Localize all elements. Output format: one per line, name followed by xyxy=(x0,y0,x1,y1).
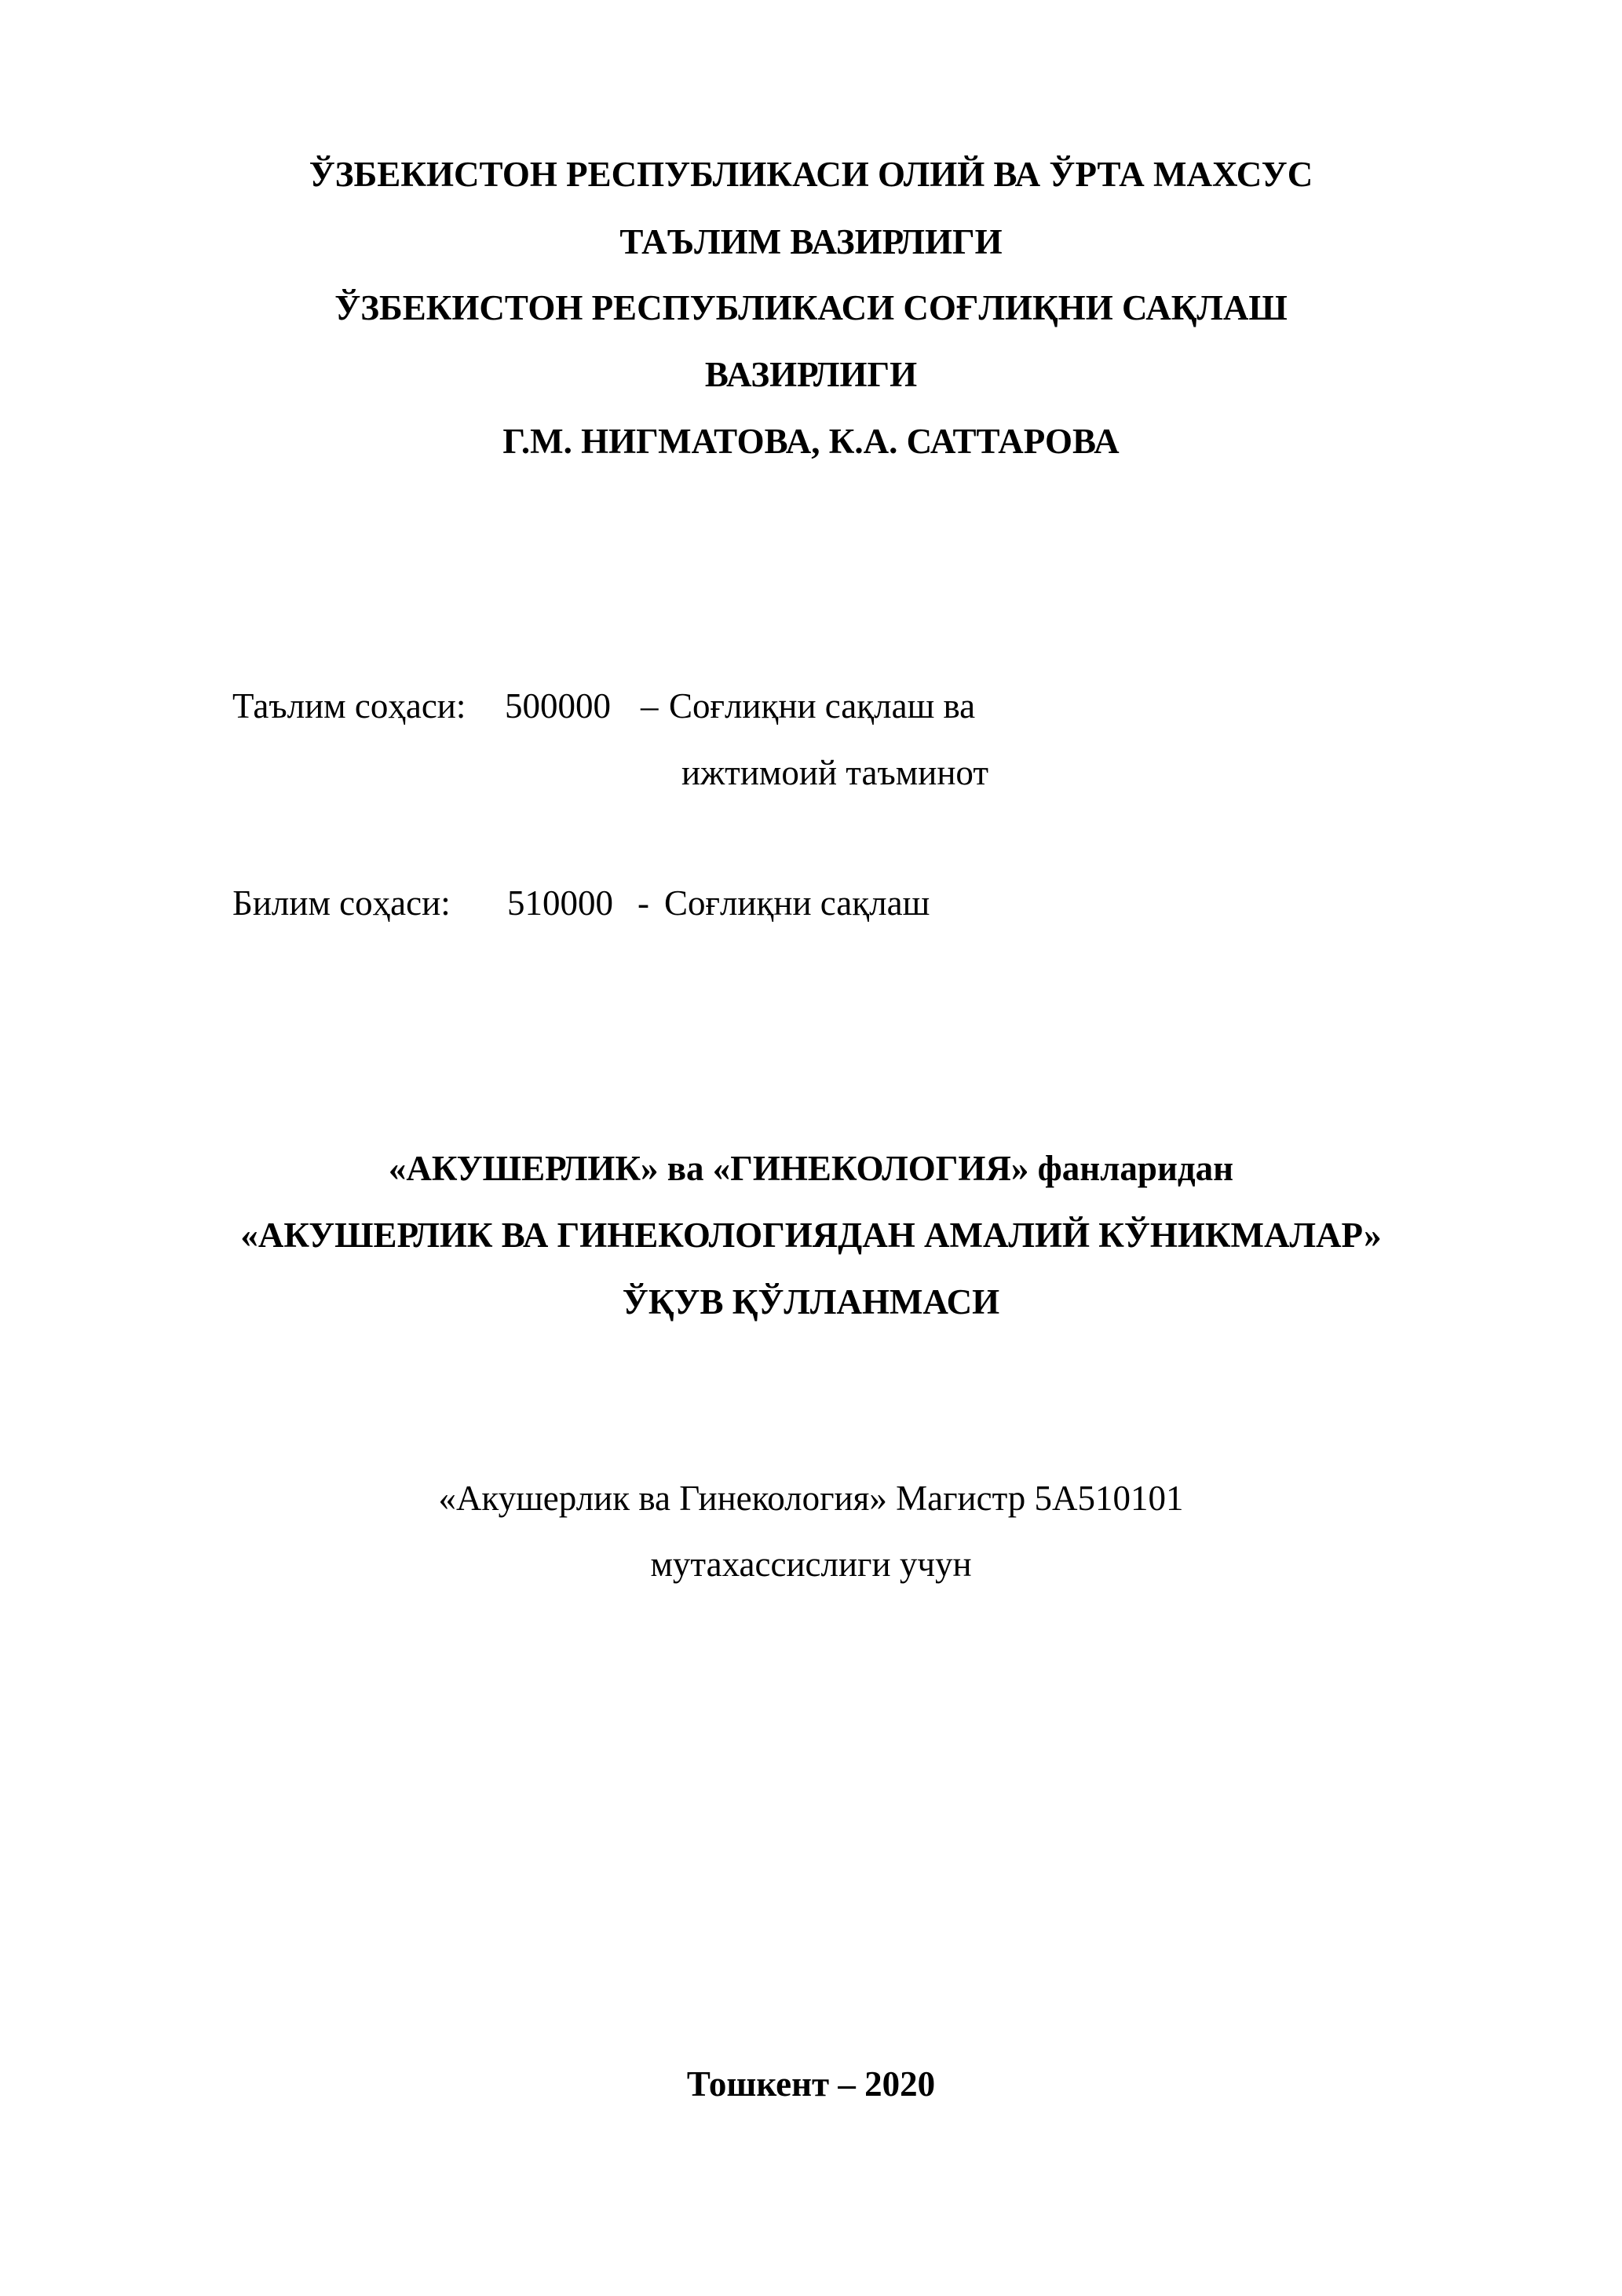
specialty-line-1: «Акушерлик ва Гинекология» Магистр 5А510… xyxy=(0,1481,1622,1516)
education-area-code: 500000 xyxy=(505,689,611,724)
education-area-value-line-2: ижтимоий таъминот xyxy=(681,755,988,791)
knowledge-area-value: Соғлиқни сақлаш xyxy=(664,886,930,921)
education-area-label: Таълим соҳаси: xyxy=(232,689,466,724)
document-page: ЎЗБЕКИСТОН РЕСПУБЛИКАСИ ОЛИЙ ВА ЎРТА МАХ… xyxy=(0,0,1622,2296)
ministry-line-3: ЎЗБЕКИСТОН РЕСПУБЛИКАСИ СОҒЛИҚНИ САҚЛАШ xyxy=(0,291,1622,326)
knowledge-area-separator: - xyxy=(637,886,649,921)
education-area-separator: – xyxy=(641,689,659,724)
city-year: Тошкент – 2020 xyxy=(0,2067,1622,2102)
knowledge-area-label: Билим соҳаси: xyxy=(232,886,451,921)
ministry-line-1: ЎЗБЕКИСТОН РЕСПУБЛИКАСИ ОЛИЙ ВА ЎРТА МАХ… xyxy=(0,157,1622,192)
education-area-value-line-1: Соғлиқни сақлаш ва xyxy=(669,689,975,724)
manual-type: ЎҚУВ ҚЎЛЛАНМАСИ xyxy=(0,1285,1622,1320)
specialty-line-2: мутахассислиги учун xyxy=(0,1547,1622,1582)
knowledge-area-code: 510000 xyxy=(507,886,613,921)
subjects-line: «АКУШЕРЛИК» ва «ГИНЕКОЛОГИЯ» фанларидан xyxy=(0,1151,1622,1186)
manual-title: «АКУШЕРЛИК ВА ГИНЕКОЛОГИЯДАН АМАЛИЙ КЎНИ… xyxy=(0,1218,1622,1253)
ministry-line-2: ТАЪЛИМ ВАЗИРЛИГИ xyxy=(0,225,1622,260)
ministry-line-4: ВАЗИРЛИГИ xyxy=(0,357,1622,393)
authors: Г.М. НИГМАТОВА, К.А. САТТАРОВА xyxy=(0,424,1622,459)
